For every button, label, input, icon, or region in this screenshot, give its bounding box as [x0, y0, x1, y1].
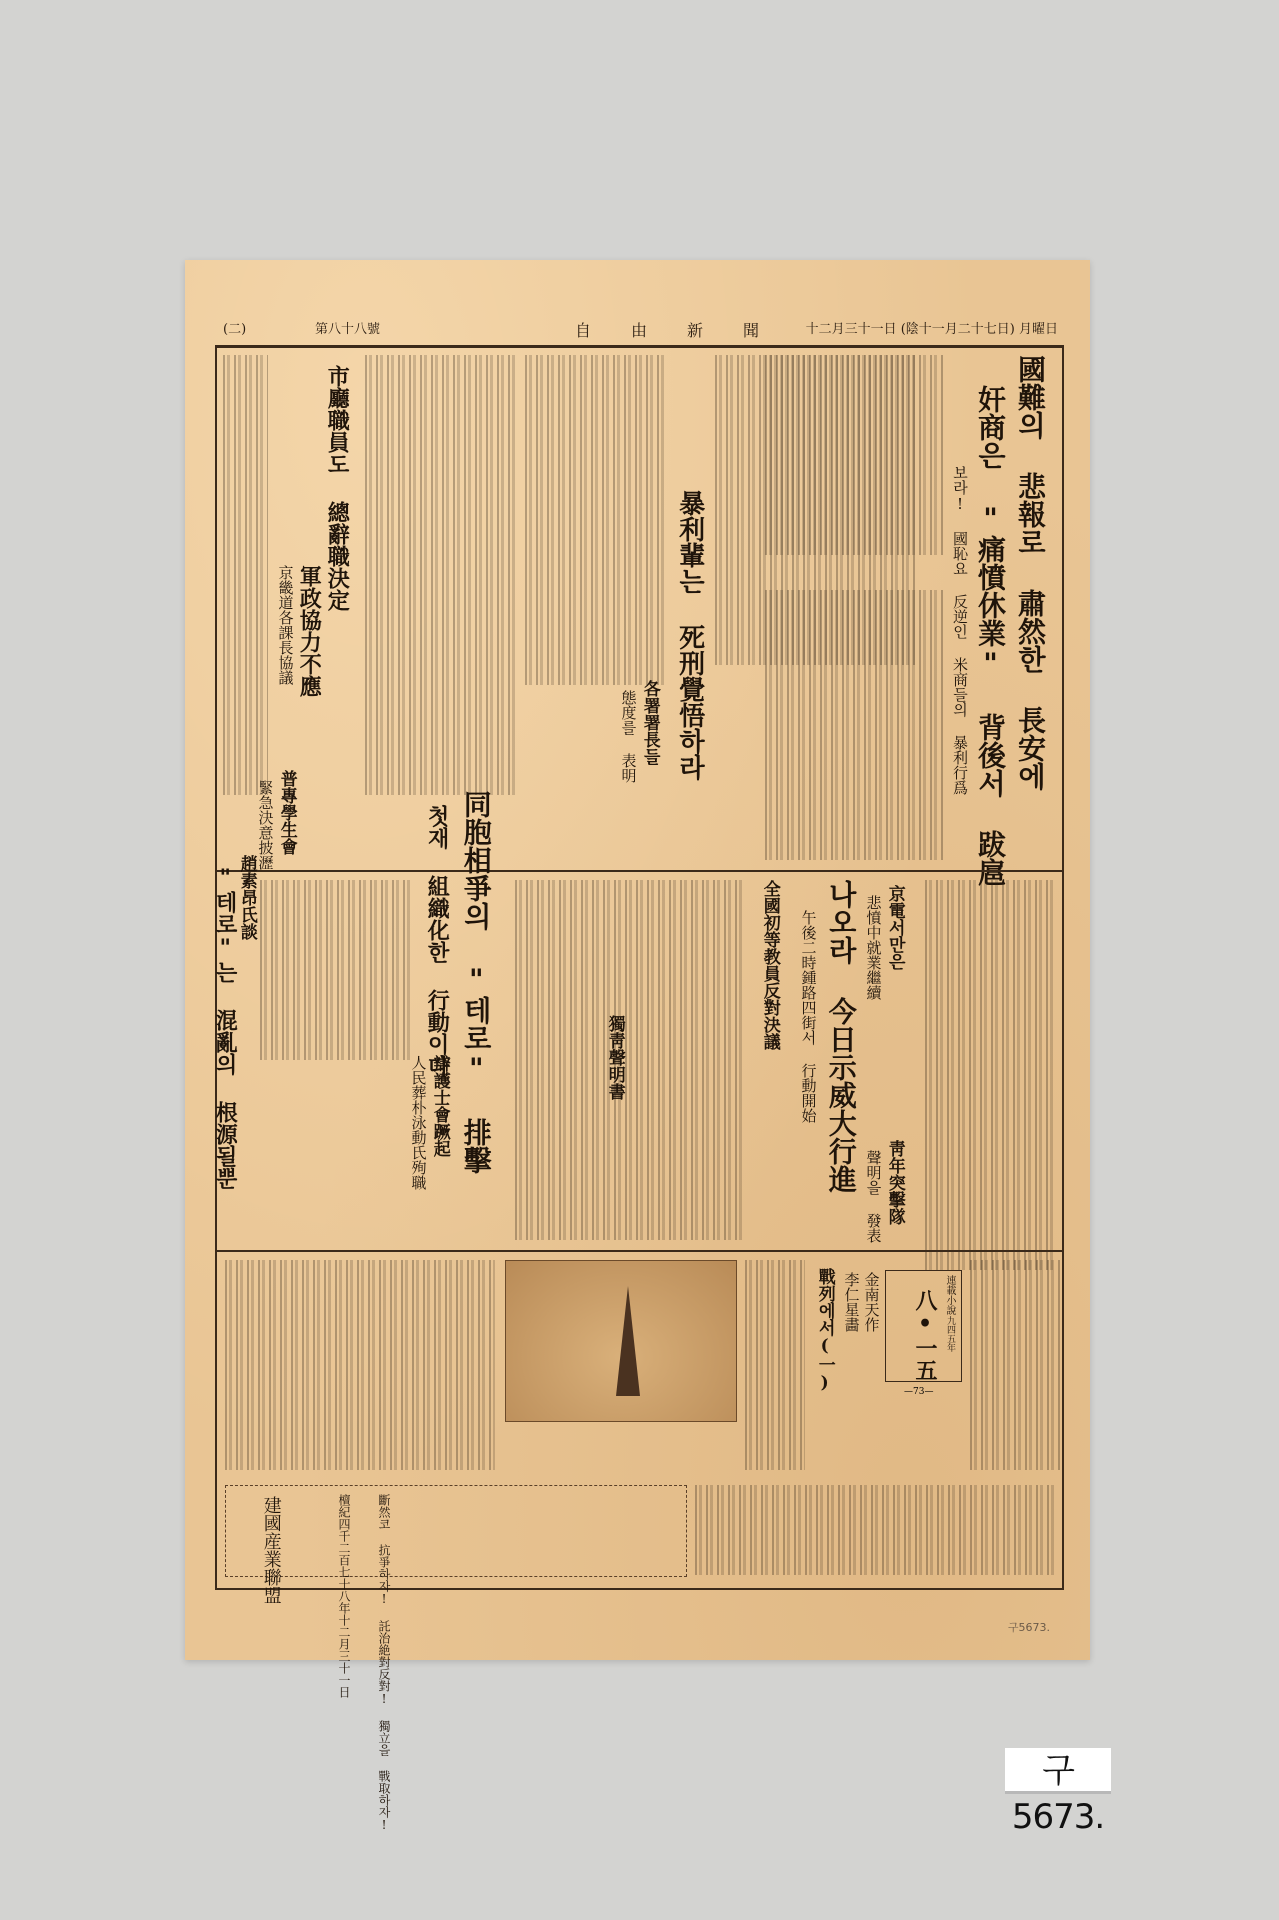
- headline-military-gov: 軍政協力不應: [297, 565, 321, 697]
- subhead-police-chiefs: 態度를 表明: [620, 690, 637, 783]
- subhead-gyeonggi: 京畿道各課長協議: [277, 565, 294, 685]
- serial-novel-box: 連載小說 八•一五 一九四五年 —73—: [885, 1270, 962, 1382]
- serial-year: 一九四五年: [944, 1307, 957, 1352]
- newspaper-title: 自由新聞: [575, 318, 799, 341]
- section-divider: [215, 1250, 1064, 1252]
- headline-youth-corps: 靑年突擊隊: [885, 1140, 904, 1225]
- catalog-label: 구5673.: [1005, 1748, 1111, 1794]
- article-body: [365, 355, 515, 795]
- advertisement-box: 建國産業聯盟 檀紀四千二百七十八年十二月三十一日 斷然코 抗爭하자! 託治絶對反…: [225, 1485, 687, 1577]
- serial-chapter: 戰列에서(一): [815, 1268, 834, 1393]
- headline-city-hall: 市廳職員도 總辭職決定: [325, 365, 349, 611]
- article-body: [715, 355, 915, 665]
- headline-demonstration: 나오라 今日示威大行進: [825, 880, 856, 1193]
- ad-sponsor: 建國産業聯盟: [261, 1496, 281, 1604]
- serial-number: —73—: [904, 1387, 933, 1397]
- subhead-demonstration: 午後二時鍾路四街서 行動開始: [800, 910, 817, 1123]
- issue-date: 十二月三十一日 (陰十一月二十七日) 月曜日: [806, 318, 1058, 337]
- headline-lawyers: 辯護士會蹶起: [430, 1055, 449, 1157]
- issue-number: 第八十八號: [315, 318, 380, 337]
- headline-student-council: 普專學生會: [277, 770, 296, 855]
- article-body: [925, 880, 1055, 1270]
- illustration: [505, 1260, 737, 1422]
- article-body: [970, 1260, 1060, 1470]
- paper-catalog-stamp: 구5673.: [1008, 1619, 1050, 1635]
- subhead-youth-corps: 聲明을 發表: [865, 1150, 882, 1243]
- article-body: [225, 1260, 495, 1470]
- headline-funeral: 人民葬朴泳動氏殉職: [410, 1055, 427, 1190]
- article-body: [695, 1485, 1055, 1575]
- article-body: [525, 355, 665, 685]
- article-body: [260, 880, 410, 1060]
- headline-jo-soang: 趙素昂氏談: [237, 855, 256, 940]
- section-divider: [215, 870, 1064, 872]
- article-body: [745, 1260, 805, 1470]
- masthead: (二) 第八十八號 自由新聞 十二月三十一日 (陰十一月二十七日) 月曜日: [215, 318, 1064, 342]
- subhead-lead: 奸商은 "痛憤休業" 背後서 跋扈: [974, 385, 1005, 886]
- article-body: [515, 880, 745, 1240]
- newspaper-page: (二) 第八十八號 自由新聞 十二月三十一日 (陰十一月二十七日) 月曜日 國難…: [185, 260, 1090, 1660]
- subhead-kyungsung-electric: 悲憤中就業繼續: [865, 895, 882, 1000]
- headline-compatriots: 同胞相爭의 "테로" 排擊: [460, 790, 491, 1174]
- ad-date: 檀紀四千二百七十八年十二月三十一日: [336, 1494, 353, 1698]
- page-number: (二): [223, 318, 246, 337]
- subhead-compatriots: 첫재 組織化한 行動이다: [425, 805, 449, 1077]
- subhead-jo-soang: "테로"는 混亂의 根源될뿐: [213, 865, 237, 1189]
- ad-slogan: 斷然코 抗爭하자! 託治絶對反對! 獨立을 戰取하자!: [376, 1494, 393, 1832]
- article-body: [223, 355, 268, 795]
- serial-title: 八•一五: [913, 1289, 937, 1381]
- serial-author: 金南天作: [863, 1272, 880, 1332]
- headline-profiteers: 暴利輩는 死刑覺悟하라: [675, 490, 704, 780]
- serial-illustrator: 李仁星畵: [843, 1272, 860, 1332]
- headline-lead: 國難의 悲報로 肅然한 長安에: [1014, 355, 1045, 790]
- deck-lead: 보라! 國恥요 反逆인 米商들의 暴利行爲: [952, 465, 969, 795]
- headline-kyungsung-electric: 京電서만은: [885, 885, 904, 970]
- headline-police-chiefs: 各署署長들: [640, 680, 659, 765]
- headline-teachers: 全國初等教員反對決議: [760, 880, 779, 1050]
